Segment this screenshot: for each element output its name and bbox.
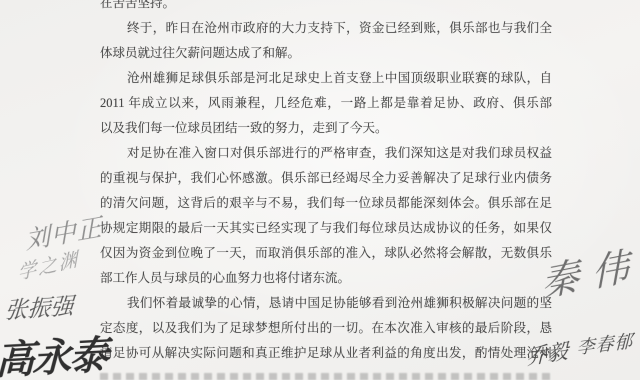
letter-line: 定态度，以及我们为了足球梦想所付出的一切。在本次准入审核的最后阶段，恳 [100,316,552,341]
letter-line: 对足协在准入窗口对俱乐部进行的严格审查，我们深知这是对我们球员权益 [100,141,552,166]
letter-line: 体球员就过往欠薪问题达成了和解。 [100,41,552,66]
signature-handwritten: 李春郁 [577,327,634,360]
letter-line: 部工作人员与球员的心血努力也将付诸东流。 [100,266,552,291]
signature-handwritten: 秦伟 [540,233,640,308]
letter-line: 我们怀着最诚挚的心情，恳请中国足协能够看到沧州雄狮积极解决问题的坚 [100,291,552,316]
letter-line: 协规定期限的最后一天其实已经实现了与我们每位球员达成协议的任务，如果仅 [100,216,552,241]
letter-line: 请足协可从解决实际问题和真正维护足球从业者利益的角度出发，酌情处理沧州 [100,341,552,366]
letter-line: 以及我们每一位球员团结一致的努力，走到了今天。 [100,116,552,141]
signature-handwritten: 乔毅 [526,334,568,371]
letter-line: 终于，昨日在沧州市政府的大力支持下，资金已经到账，俱乐部也与我们全 [100,16,552,41]
letter-line: 在苦苦坚持。 [100,0,552,16]
signature-handwritten: 高永泰 [0,324,107,380]
letter-line: 仅因为资金到位晚了一天，而取消俱乐部的准入，球队必然将会解散，无数俱乐 [100,241,552,266]
letter-line: 的清欠问题，这背后的艰辛与不易，我们每一位球员都能深刻体会。俱乐部在足 [100,191,552,216]
letter-line: 的重视与保护，我们心怀感激。俱乐部已经竭尽全力妥善解决了足球行业内债务 [100,166,552,191]
letter-photo: 在苦苦坚持。 终于，昨日在沧州市政府的大力支持下，资金已经到账，俱乐部也与我们全… [0,0,640,380]
signature-handwritten: 张振强 [4,287,75,325]
letter-line: 沧州雄狮足球俱乐部是河北足球史上首支登上中国顶级职业联赛的球队，自 [100,66,552,91]
letter-body: 在苦苦坚持。 终于，昨日在沧州市政府的大力支持下，资金已经到账，俱乐部也与我们全… [100,0,552,380]
letter-line: 2011 年成立以来，风雨兼程，几经危难，一路上都是靠着足协、政府、俱乐部 [100,91,552,116]
cut-off-next-line [100,373,552,380]
